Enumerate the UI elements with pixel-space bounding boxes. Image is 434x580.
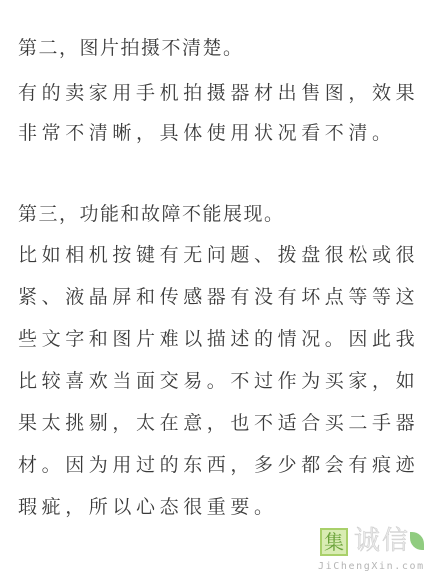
section-3-heading: 第三，功能和故障不能展现。: [18, 202, 285, 226]
paragraph-line: 紧、液晶屏和传感器有没有坏点等等这: [18, 285, 419, 309]
paragraph-line: 材。因为用过的东西，多少都会有痕迹: [18, 453, 419, 477]
paragraph-line: 果太挑剔，太在意，也不适合买二手器: [18, 411, 419, 435]
section-2-heading: 第二，图片拍摄不清楚。: [18, 36, 244, 60]
leaf-icon: [410, 532, 424, 550]
watermark-chars: 诚信: [354, 526, 410, 556]
paragraph-line: 些文字和图片难以描述的情况。因此我: [18, 327, 419, 351]
paragraph-line: 有的卖家用手机拍摄器材出售图，效果: [18, 81, 419, 105]
paragraph-line: 比较喜欢当面交易。不过作为买家，如: [18, 369, 419, 393]
watermark-url: JiChengXin.com: [318, 561, 425, 572]
paragraph-line: 非常不清晰，具体使用状况看不清。: [18, 121, 396, 145]
paragraph-line: 瑕疵，所以心态很重要。: [18, 495, 278, 519]
watermark-box-icon: 集: [320, 528, 348, 556]
paragraph-line: 比如相机按键有无问题、拨盘很松或很: [18, 243, 419, 267]
watermark-logo: 集 诚信 JiChengXin.com: [318, 528, 430, 576]
